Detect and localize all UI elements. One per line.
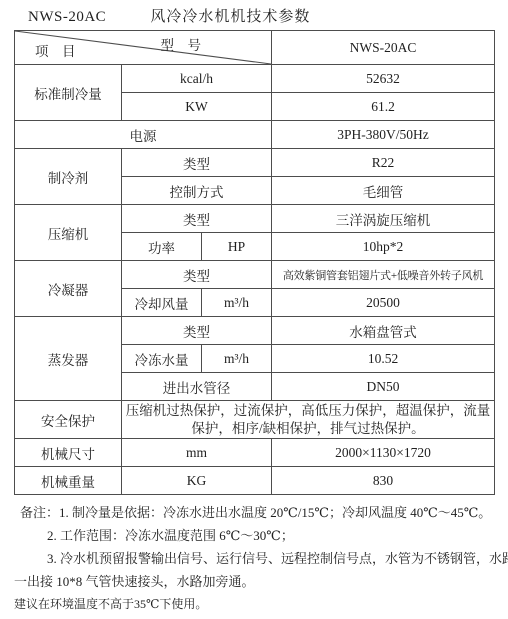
param-weight-unit: KG [122,467,272,495]
spec-table: 型 号 项 目 NWS-20AC 标准制冷量 kcal/h 52632 KW 6… [14,30,495,495]
param-compressor-type-label: 类型 [122,205,272,233]
table-row: 电源 3PH-380V/50Hz [15,121,495,149]
category-dimensions: 机械尺寸 [15,439,122,467]
note-line-1: 备注：1. 制冷量是依据：冷冻水进出水温度 20℃/15℃；冷却风温度 40℃～… [20,501,500,524]
param-dimensions-unit: mm [122,439,272,467]
param-kcal-label: kcal/h [122,65,272,93]
value-dimensions: 2000×1130×1720 [272,439,495,467]
param-condenser-airflow-unit: m³/h [202,289,272,317]
notes-section: 备注：1. 制冷量是依据：冷冻水进出水温度 20℃/15℃；冷却风温度 40℃～… [14,501,500,616]
page-title: 风冷冷水机机技术参数 [150,5,310,26]
table-row: 制冷剂 类型 R22 [15,149,495,177]
value-compressor-power: 10hp*2 [272,233,495,261]
value-kcal: 52632 [272,65,495,93]
table-row: 机械尺寸 mm 2000×1130×1720 [15,439,495,467]
note-footer: 建议在环境温度不高于35℃下使用。 [14,593,500,616]
document-header: NWS-20AC 风冷冷水机机技术参数 [28,5,310,26]
value-evaporator-pipe: DN50 [272,373,495,401]
header-model-value: NWS-20AC [272,31,495,65]
diagonal-header-cell: 型 号 项 目 [15,31,272,65]
table-row: 标准制冷量 kcal/h 52632 [15,65,495,93]
note-line-2: 2. 工作范围：冷冻水温度范围 6℃～30℃； [47,524,500,547]
category-cooling-capacity: 标准制冷量 [15,65,122,121]
param-refrigerant-type-label: 类型 [122,149,272,177]
note-line-3b: 一出接 10*8 气管快速接头，水路加旁通。 [14,570,500,593]
param-evaporator-water-label: 冷冻水量 [122,345,202,373]
value-power-supply: 3PH-380V/50Hz [272,121,495,149]
param-kw-label: KW [122,93,272,121]
value-kw: 61.2 [272,93,495,121]
table-row: 机械重量 KG 830 [15,467,495,495]
header-model-code: NWS-20AC [28,9,106,26]
table-row: 蒸发器 类型 水箱盘管式 [15,317,495,345]
table-row: 压缩机 类型 三洋涡旋压缩机 [15,205,495,233]
value-refrigerant-control: 毛细管 [272,177,495,205]
param-evaporator-pipe-label: 进出水管径 [122,373,272,401]
value-condenser-airflow: 20500 [272,289,495,317]
category-refrigerant: 制冷剂 [15,149,122,205]
value-safety-protection: 压缩机过热保护，过流保护，高低压力保护，超温保护，流量保护，相序/缺相保护，排气… [122,401,495,439]
value-evaporator-type: 水箱盘管式 [272,317,495,345]
spec-sheet-page: NWS-20AC 风冷冷水机机技术参数 型 号 项 目 NWS-20AC 标准制… [0,0,508,619]
table-row: 冷凝器 类型 高效紫铜管套铝翅片式+低噪音外转子风机 [15,261,495,289]
value-refrigerant-type: R22 [272,149,495,177]
value-evaporator-water: 10.52 [272,345,495,373]
param-refrigerant-control-label: 控制方式 [122,177,272,205]
param-condenser-airflow-label: 冷却风量 [122,289,202,317]
category-safety-protection: 安全保护 [15,401,122,439]
value-weight: 830 [272,467,495,495]
category-power-supply: 电源 [15,121,272,149]
param-evaporator-type-label: 类型 [122,317,272,345]
param-evaporator-water-unit: m³/h [202,345,272,373]
table-row: 安全保护 压缩机过热保护，过流保护，高低压力保护，超温保护，流量保护，相序/缺相… [15,401,495,439]
value-compressor-type: 三洋涡旋压缩机 [272,205,495,233]
param-compressor-power-unit: HP [202,233,272,261]
category-evaporator: 蒸发器 [15,317,122,401]
value-condenser-type: 高效紫铜管套铝翅片式+低噪音外转子风机 [272,261,495,289]
note-line-3a: 3. 冷水机预留报警输出信号、运行信号、远程控制信号点，水管为不锈钢管，水路一进 [47,547,500,570]
header-corner-model-label: 型 号 [161,34,202,54]
param-condenser-type-label: 类型 [122,261,272,289]
header-corner-item-label: 项 目 [35,40,76,60]
param-compressor-power-label: 功率 [122,233,202,261]
category-compressor: 压缩机 [15,205,122,261]
table-row: 型 号 项 目 NWS-20AC [15,31,495,65]
category-condenser: 冷凝器 [15,261,122,317]
category-weight: 机械重量 [15,467,122,495]
